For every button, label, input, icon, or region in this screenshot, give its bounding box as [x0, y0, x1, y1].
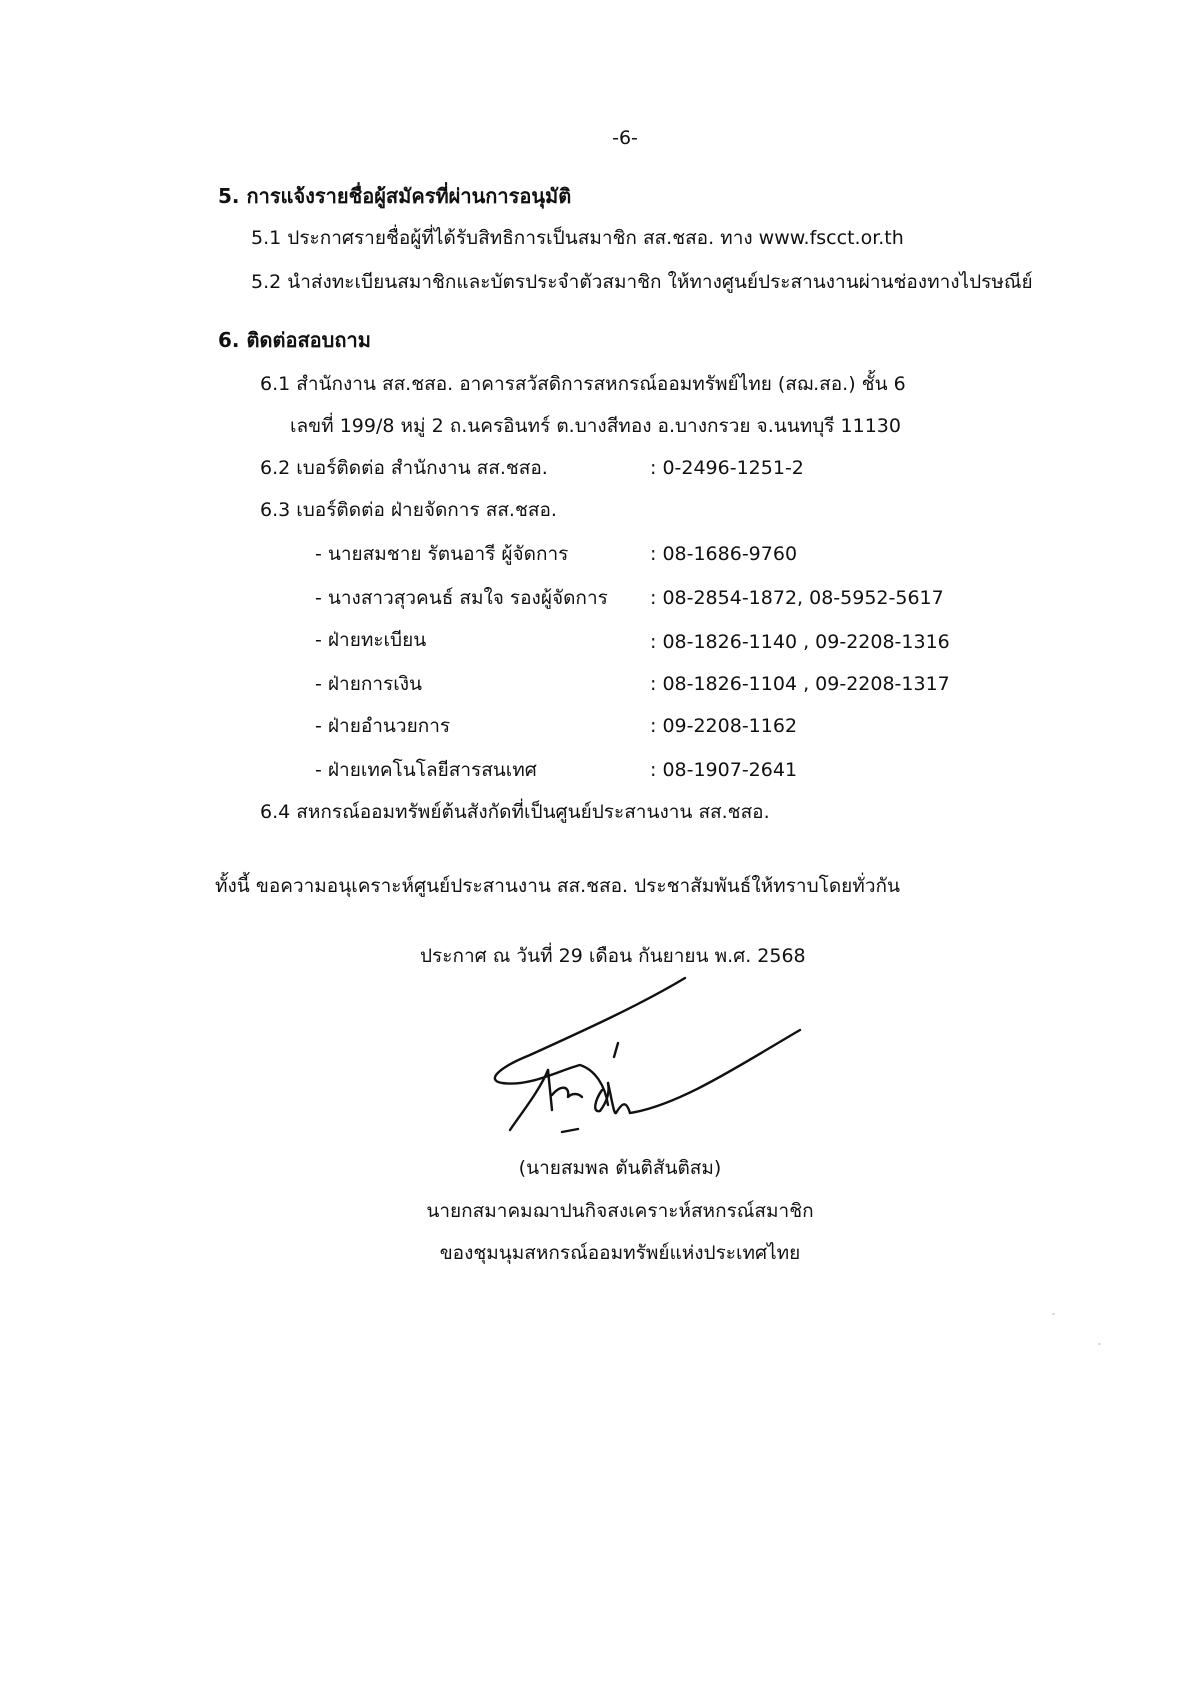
contact-label: - นายสมชาย รัตนอารี ผู้จัดการ	[315, 540, 568, 568]
item-6-1-line2: เลขที่ 199/8 หมู่ 2 ถ.นครอินทร์ ต.บางสีท…	[290, 412, 901, 440]
contact-phone: : 08-1826-1140 , 09-2208-1316	[650, 628, 950, 656]
contact-phone: : 08-2854-1872, 08-5952-5617	[650, 584, 944, 612]
signature-image	[490, 975, 820, 1145]
contact-label: - ฝ่ายอำนวยการ	[315, 712, 450, 740]
contact-label: - ฝ่ายทะเบียน	[315, 626, 426, 654]
item-6-4: 6.4 สหกรณ์ออมทรัพย์ต้นสังกัดที่เป็นศูนย์…	[260, 798, 770, 826]
signatory-title-line1: นายกสมาคมฌาปนกิจสงเคราะห์สหกรณ์สมาชิก	[0, 1197, 1200, 1225]
contact-label: - นางสาวสุวคนธ์ สมใจ รองผู้จัดการ	[315, 584, 608, 612]
contact-label: - ฝ่ายการเงิน	[315, 670, 422, 698]
item-6-2-label: 6.2 เบอร์ติดต่อ สำนักงาน สส.ชสอ.	[260, 454, 548, 482]
item-5-2: 5.2 นำส่งทะเบียนสมาชิกและบัตรประจำตัวสมา…	[251, 268, 1033, 296]
signatory-name: (นายสมพล ตันติสันติสม)	[0, 1154, 1200, 1182]
contact-phone: : 09-2208-1162	[650, 712, 797, 740]
page-number: -6-	[0, 124, 1200, 152]
contact-phone: : 08-1826-1104 , 09-2208-1317	[650, 670, 950, 698]
announcement-date: ประกาศ ณ วันที่ 29 เดือน กันยายน พ.ศ. 25…	[420, 942, 806, 970]
item-6-1-line1: 6.1 สำนักงาน สส.ชสอ. อาคารสวัสดิการสหกรณ…	[260, 370, 906, 398]
section-5-heading: 5. การแจ้งรายชื่อผู้สมัครที่ผ่านการอนุมั…	[218, 182, 571, 210]
item-6-2-phone: : 0-2496-1251-2	[650, 454, 804, 482]
contact-phone: : 08-1907-2641	[650, 756, 797, 784]
scan-artifact	[1098, 1343, 1101, 1345]
item-5-1: 5.1 ประกาศรายชื่อผู้ที่ได้รับสิทธิการเป็…	[251, 224, 904, 252]
closing-statement: ทั้งนี้ ขอความอนุเคราะห์ศูนย์ประสานงาน ส…	[215, 872, 900, 900]
item-6-3-label: 6.3 เบอร์ติดต่อ ฝ่ายจัดการ สส.ชสอ.	[260, 496, 557, 524]
signatory-title-line2: ของชุมนุมสหกรณ์ออมทรัพย์แห่งประเทศไทย	[0, 1239, 1200, 1267]
contact-label: - ฝ่ายเทคโนโลยีสารสนเทศ	[315, 756, 537, 784]
document-page: -6- 5. การแจ้งรายชื่อผู้สมัครที่ผ่านการอ…	[0, 0, 1200, 1697]
scan-artifact	[1052, 1313, 1055, 1315]
section-6-heading: 6. ติดต่อสอบถาม	[218, 326, 371, 354]
contact-phone: : 08-1686-9760	[650, 540, 797, 568]
